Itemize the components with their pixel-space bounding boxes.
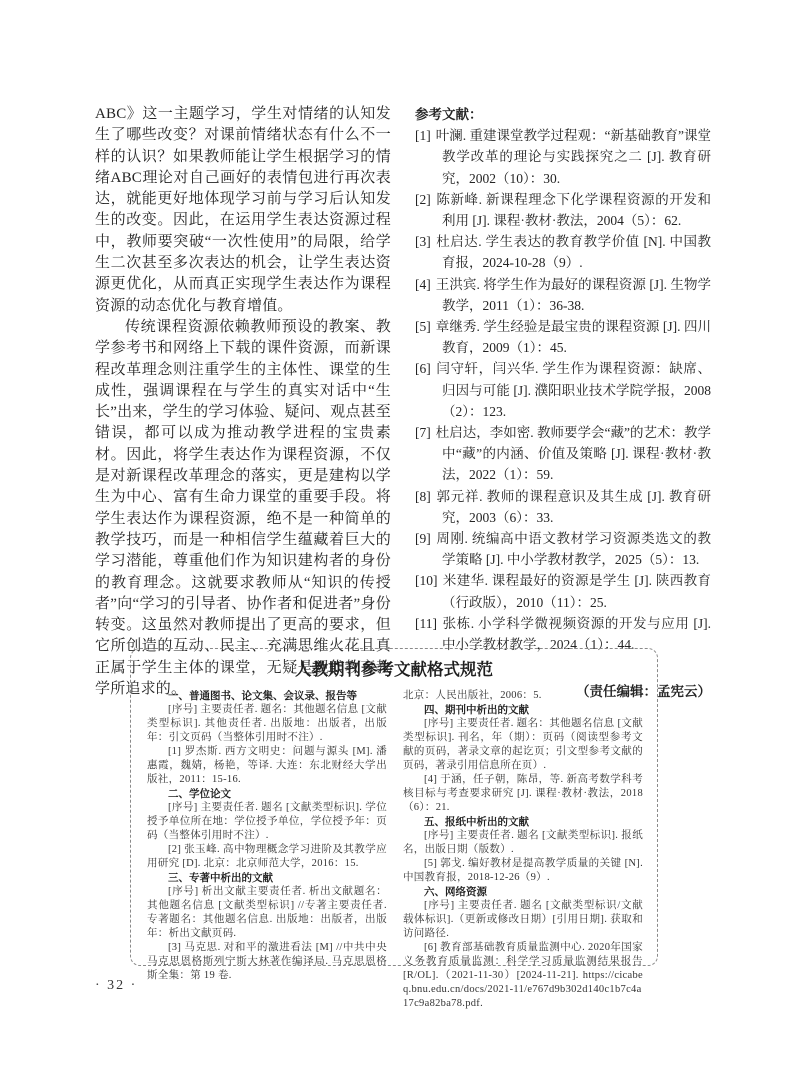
reference-item: [2]陈新峰. 新课程理念下化学课程资源的开发和利用 [J]. 课程·教材·教法… bbox=[415, 189, 711, 231]
main-content: ABC》这一主题学习，学生对情绪的认知发生了哪些改变？对课前情绪状态有什么不一样… bbox=[95, 104, 711, 702]
reference-number: [11] bbox=[415, 616, 437, 631]
format-rule-text: [序号] 主要责任者. 题名 [文献类型标识/文献载体标识].（更新或修改日期）… bbox=[403, 899, 643, 941]
reference-number: [6] bbox=[415, 361, 431, 376]
format-example-text: [1] 罗杰斯. 西方文明史：问题与源头 [M]. 潘惠霞，魏婧，杨艳，等译. … bbox=[147, 745, 387, 787]
reference-item: [4]王洪宾. 将学生作为最好的课程资源 [J]. 生物学教学，2011（1）：… bbox=[415, 274, 711, 316]
format-rule-text: [序号] 主要责任者. 题名 [文献类型标识]. 学位授予单位所在地：学位授予单… bbox=[147, 801, 387, 843]
citation-format-box: 人教期刊参考文献格式规范 一、普通图书、论文集、会议录、报告等 [序号] 主要责… bbox=[130, 648, 658, 966]
reference-text: 张栋. 小学科学微视频资源的开发与应用 [J]. 中小学教材教学，2024（1）… bbox=[442, 616, 711, 652]
reference-text: 闫守轩，闫兴华. 学生作为课程资源：缺席、归因与可能 [J]. 濮阳职业技术学院… bbox=[436, 361, 711, 418]
format-example-text: [3] 马克思. 对和平的激进看法 [M] //中共中央马克思恩格斯列宁斯大林著… bbox=[147, 941, 387, 983]
reference-item: [7]杜启达，李如密. 教师要学会“藏”的艺术：教学中“藏”的内涵、价值及策略 … bbox=[415, 422, 711, 486]
reference-number: [2] bbox=[415, 192, 431, 207]
reference-text: 米建华. 课程最好的资源是学生 [J]. 陕西教育（行政版），2010（11）：… bbox=[442, 573, 711, 609]
reference-number: [7] bbox=[415, 425, 431, 440]
reference-number: [3] bbox=[415, 234, 431, 249]
reference-text: 叶澜. 重建课堂教学过程观：“新基础教育”课堂教学改革的理论与实践探究之二 [J… bbox=[436, 128, 711, 185]
reference-text: 章继秀. 学生经验是最宝贵的课程资源 [J]. 四川教育，2009（1）：45. bbox=[436, 319, 711, 355]
format-example-text: [4] 于涵，任子朝，陈昂，等. 新高考数学科考核目标与考查要求研究 [J]. … bbox=[403, 773, 643, 815]
references-heading: 参考文献： bbox=[415, 104, 711, 125]
reference-item: [3]杜启达. 学生表达的教育教学价值 [N]. 中国教育报，2024-10-2… bbox=[415, 231, 711, 273]
reference-item: [8]郭元祥. 教师的课程意识及其生成 [J]. 教育研究，2003（6）：33… bbox=[415, 486, 711, 528]
reference-text: 杜启达，李如密. 教师要学会“藏”的艺术：教学中“藏”的内涵、价值及策略 [J]… bbox=[436, 425, 711, 482]
references-column: 参考文献： [1]叶澜. 重建课堂教学过程观：“新基础教育”课堂教学改革的理论与… bbox=[415, 104, 711, 702]
reference-number: [8] bbox=[415, 489, 431, 504]
format-example-continuation: 北京：人民出版社，2006：5. bbox=[403, 689, 643, 703]
format-example-text: [5] 郭戈. 编好教材是提高教学质量的关键 [N]. 中国教育报，2018-1… bbox=[403, 857, 643, 885]
format-rule-text: [序号] 主要责任者. 题名：其他题名信息 [文献类型标识]. 其他责任者. 出… bbox=[147, 703, 387, 745]
reference-text: 陈新峰. 新课程理念下化学课程资源的开发和利用 [J]. 课程·教材·教法，20… bbox=[436, 192, 711, 228]
format-rule-text: [序号] 主要责任者. 题名：其他题名信息 [文献类型标识]. 刊名，年（期）：… bbox=[403, 717, 643, 773]
reference-number: [4] bbox=[415, 277, 431, 292]
format-rule-text: [序号] 析出文献主要责任者. 析出文献题名：其他题名信息 [文献类型标识] /… bbox=[147, 885, 387, 941]
article-left-column: ABC》这一主题学习，学生对情绪的认知发生了哪些改变？对课前情绪状态有什么不一样… bbox=[95, 104, 391, 702]
page-number: · 32 · bbox=[95, 978, 137, 994]
reference-text: 周刚. 统编高中语文教材学习资源类选文的教学策略 [J]. 中小学教材教学，20… bbox=[436, 531, 711, 567]
reference-item: [9]周刚. 统编高中语文教材学习资源类选文的教学策略 [J]. 中小学教材教学… bbox=[415, 528, 711, 570]
reference-text: 郭元祥. 教师的课程意识及其生成 [J]. 教育研究，2003（6）：33. bbox=[436, 489, 711, 525]
format-section-heading: 五、报纸中析出的文献 bbox=[403, 815, 643, 829]
format-section-heading: 三、专著中析出的文献 bbox=[147, 871, 387, 885]
reference-number: [5] bbox=[415, 319, 431, 334]
format-section-heading: 一、普通图书、论文集、会议录、报告等 bbox=[147, 689, 387, 703]
format-box-title: 人教期刊参考文献格式规范 bbox=[147, 659, 641, 681]
reference-item: [6]闫守轩，闫兴华. 学生作为课程资源：缺席、归因与可能 [J]. 濮阳职业技… bbox=[415, 358, 711, 422]
reference-number: [9] bbox=[415, 531, 431, 546]
reference-number: [1] bbox=[415, 128, 431, 143]
format-rule-text: [序号] 主要责任者. 题名 [文献类型标识]. 报纸名，出版日期（版数）. bbox=[403, 829, 643, 857]
reference-text: 王洪宾. 将学生作为最好的课程资源 [J]. 生物学教学，2011（1）：36-… bbox=[436, 277, 711, 313]
format-section-heading: 四、期刊中析出的文献 bbox=[403, 703, 643, 717]
reference-item: [1]叶澜. 重建课堂教学过程观：“新基础教育”课堂教学改革的理论与实践探究之二… bbox=[415, 125, 711, 189]
journal-page: ABC》这一主题学习，学生对情绪的认知发生了哪些改变？对课前情绪状态有什么不一样… bbox=[0, 0, 800, 1077]
reference-text: 杜启达. 学生表达的教育教学价值 [N]. 中国教育报，2024-10-28（9… bbox=[436, 234, 711, 270]
format-box-columns: 一、普通图书、论文集、会议录、报告等 [序号] 主要责任者. 题名：其他题名信息… bbox=[147, 689, 641, 1011]
format-example-text: [2] 张玉峰. 高中物理概念学习进阶及其教学应用研究 [D]. 北京：北京师范… bbox=[147, 843, 387, 871]
reference-number: [10] bbox=[415, 573, 438, 588]
format-section-heading: 二、学位论文 bbox=[147, 787, 387, 801]
format-box-right-column: 北京：人民出版社，2006：5. 四、期刊中析出的文献 [序号] 主要责任者. … bbox=[403, 689, 643, 1011]
reference-item: [5]章继秀. 学生经验是最宝贵的课程资源 [J]. 四川教育，2009（1）：… bbox=[415, 316, 711, 358]
reference-item: [10]米建华. 课程最好的资源是学生 [J]. 陕西教育（行政版），2010（… bbox=[415, 570, 711, 612]
article-paragraph: 传统课程资源依赖教师预设的教案、教学参考书和网络上下载的课件资源，而新课程改革理… bbox=[95, 317, 391, 700]
format-section-heading: 六、网络资源 bbox=[403, 885, 643, 899]
article-paragraph: ABC》这一主题学习，学生对情绪的认知发生了哪些改变？对课前情绪状态有什么不一样… bbox=[95, 104, 391, 317]
format-example-text: [6] 教育部基础教育质量监测中心. 2020年国家义务教育质量监测：科学学习质… bbox=[403, 941, 643, 1011]
format-box-left-column: 一、普通图书、论文集、会议录、报告等 [序号] 主要责任者. 题名：其他题名信息… bbox=[147, 689, 387, 1011]
